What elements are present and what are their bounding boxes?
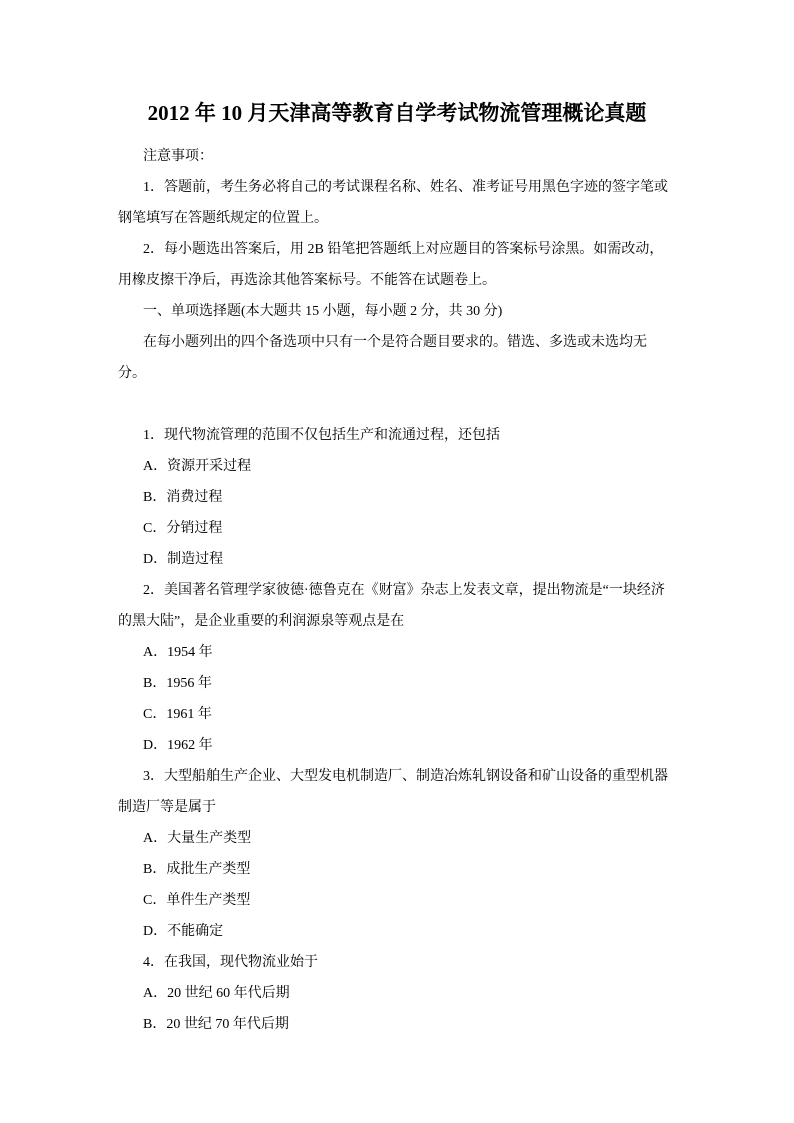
question-2-option-b: B．1956 年 — [118, 668, 674, 699]
blank-line — [118, 389, 674, 420]
question-4: 4．在我国，现代物流业始于 A．20 世纪 60 年代后期 B．20 世纪 70… — [118, 947, 674, 1040]
exam-document-page: 2012 年 10 月天津高等教育自学考试物流管理概论真题 注意事项： 1．答题… — [0, 0, 794, 1123]
question-1-option-b: B．消费过程 — [118, 482, 674, 513]
document-body: 注意事项： 1．答题前，考生务必将自己的考试课程名称、姓名、准考证号用黑色字迹的… — [118, 141, 674, 1040]
question-1-option-a: A．资源开采过程 — [118, 451, 674, 482]
section-instructions: 在每小题列出的四个备选项中只有一个是符合题目要求的。错选、多选或未选均无分。 — [118, 327, 674, 389]
question-3-option-b: B．成批生产类型 — [118, 854, 674, 885]
notice-item-2: 2．每小题选出答案后，用 2B 铅笔把答题纸上对应题目的答案标号涂黑。如需改动，… — [118, 234, 674, 296]
section-heading: 一、单项选择题(本大题共 15 小题，每小题 2 分，共 30 分) — [118, 296, 674, 327]
notice-item-1: 1．答题前，考生务必将自己的考试课程名称、姓名、准考证号用黑色字迹的签字笔或钢笔… — [118, 172, 674, 234]
question-2-option-d: D．1962 年 — [118, 730, 674, 761]
question-3-option-c: C．单件生产类型 — [118, 885, 674, 916]
question-4-option-a: A．20 世纪 60 年代后期 — [118, 978, 674, 1009]
question-2-text: 2．美国著名管理学家彼德·德鲁克在《财富》杂志上发表文章，提出物流是“一块经济的… — [118, 575, 674, 637]
question-1-option-d: D．制造过程 — [118, 544, 674, 575]
question-3-option-d: D．不能确定 — [118, 916, 674, 947]
question-3: 3．大型船舶生产企业、大型发电机制造厂、制造冶炼轧钢设备和矿山设备的重型机器制造… — [118, 761, 674, 947]
document-title: 2012 年 10 月天津高等教育自学考试物流管理概论真题 — [0, 0, 794, 128]
question-3-option-a: A．大量生产类型 — [118, 823, 674, 854]
question-2-option-c: C．1961 年 — [118, 699, 674, 730]
question-4-option-b: B．20 世纪 70 年代后期 — [118, 1009, 674, 1040]
question-1-text: 1．现代物流管理的范围不仅包括生产和流通过程，还包括 — [118, 420, 674, 451]
question-2: 2．美国著名管理学家彼德·德鲁克在《财富》杂志上发表文章，提出物流是“一块经济的… — [118, 575, 674, 761]
notice-heading: 注意事项： — [118, 141, 674, 172]
question-3-text: 3．大型船舶生产企业、大型发电机制造厂、制造冶炼轧钢设备和矿山设备的重型机器制造… — [118, 761, 674, 823]
question-1: 1．现代物流管理的范围不仅包括生产和流通过程，还包括 A．资源开采过程 B．消费… — [118, 420, 674, 575]
question-4-text: 4．在我国，现代物流业始于 — [118, 947, 674, 978]
question-2-option-a: A．1954 年 — [118, 637, 674, 668]
question-1-option-c: C．分销过程 — [118, 513, 674, 544]
